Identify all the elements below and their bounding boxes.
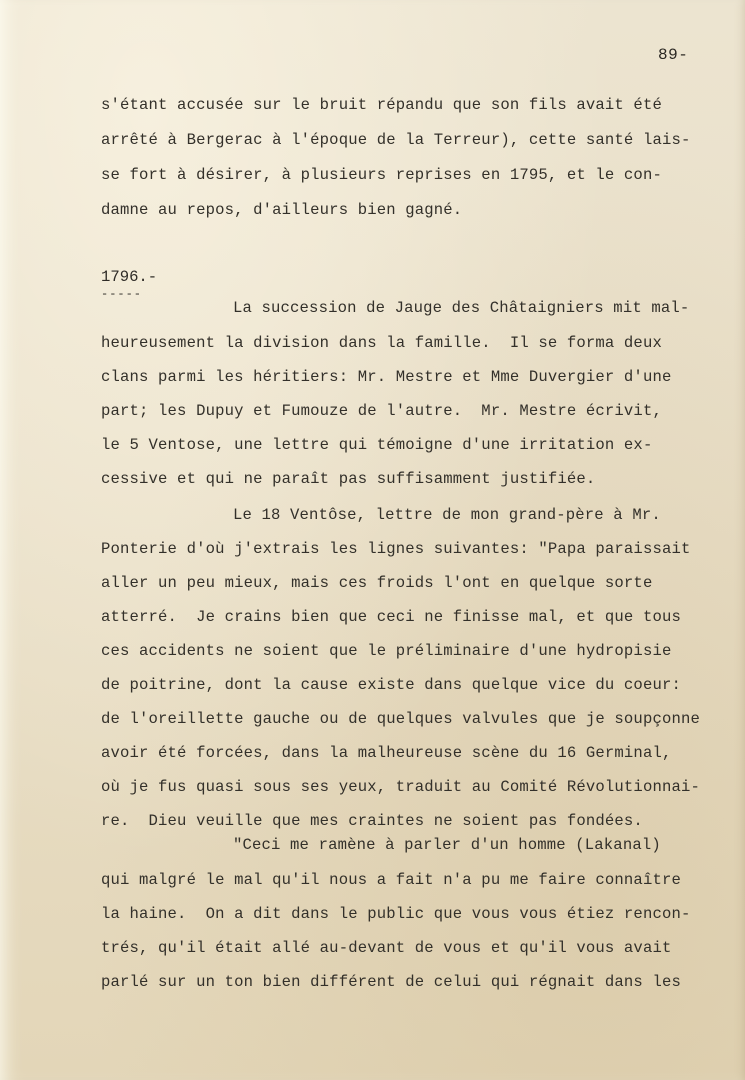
text-line: arrêté à Bergerac à l'époque de la Terre… xyxy=(101,130,690,150)
text-line: re. Dieu veuille que mes craintes ne soi… xyxy=(101,811,643,831)
text-line: cessive et qui ne paraît pas suffisammen… xyxy=(101,469,595,489)
text-line: se fort à désirer, à plusieurs reprises … xyxy=(101,165,662,185)
text-line: qui malgré le mal qu'il nous a fait n'a … xyxy=(101,870,681,890)
text-line: avoir été forcées, dans la malheureuse s… xyxy=(101,743,671,763)
text-line: damne au repos, d'ailleurs bien gagné. xyxy=(101,200,462,220)
text-line: s'étant accusée sur le bruit répandu que… xyxy=(101,95,662,115)
text-line: la haine. On a dit dans le public que vo… xyxy=(101,904,690,924)
text-line: de l'oreillette gauche ou de quelques va… xyxy=(101,709,700,729)
text-line: parlé sur un ton bien différent de celui… xyxy=(101,972,681,992)
text-line: "Ceci me ramène à parler d'un homme (Lak… xyxy=(233,835,661,855)
text-line: Le 18 Ventôse, lettre de mon grand-père … xyxy=(233,505,661,525)
text-line: part; les Dupuy et Fumouze de l'autre. M… xyxy=(101,401,662,421)
text-line: de poitrine, dont la cause existe dans q… xyxy=(101,675,681,695)
text-line: Ponterie d'où j'extrais les lignes suiva… xyxy=(101,539,690,559)
section-heading-underline: ----- xyxy=(101,287,142,301)
text-line: clans parmi les héritiers: Mr. Mestre et… xyxy=(101,367,671,387)
typewritten-page: 89- s'étant accusée sur le bruit répandu… xyxy=(0,0,745,1080)
text-line: ces accidents ne soient que le prélimina… xyxy=(101,641,671,661)
text-line: le 5 Ventose, une lettre qui témoigne d'… xyxy=(101,435,652,455)
section-heading-year: 1796.- xyxy=(101,268,157,286)
text-line: La succession de Jauge des Châtaigniers … xyxy=(233,298,689,318)
text-line: aller un peu mieux, mais ces froids l'on… xyxy=(101,573,652,593)
text-line: heureusement la division dans la famille… xyxy=(101,333,662,353)
text-line: atterré. Je crains bien que ceci ne fini… xyxy=(101,607,681,627)
text-line: où je fus quasi sous ses yeux, traduit a… xyxy=(101,777,700,797)
text-line: trés, qu'il était allé au-devant de vous… xyxy=(101,938,671,958)
page-number: 89- xyxy=(658,46,688,64)
